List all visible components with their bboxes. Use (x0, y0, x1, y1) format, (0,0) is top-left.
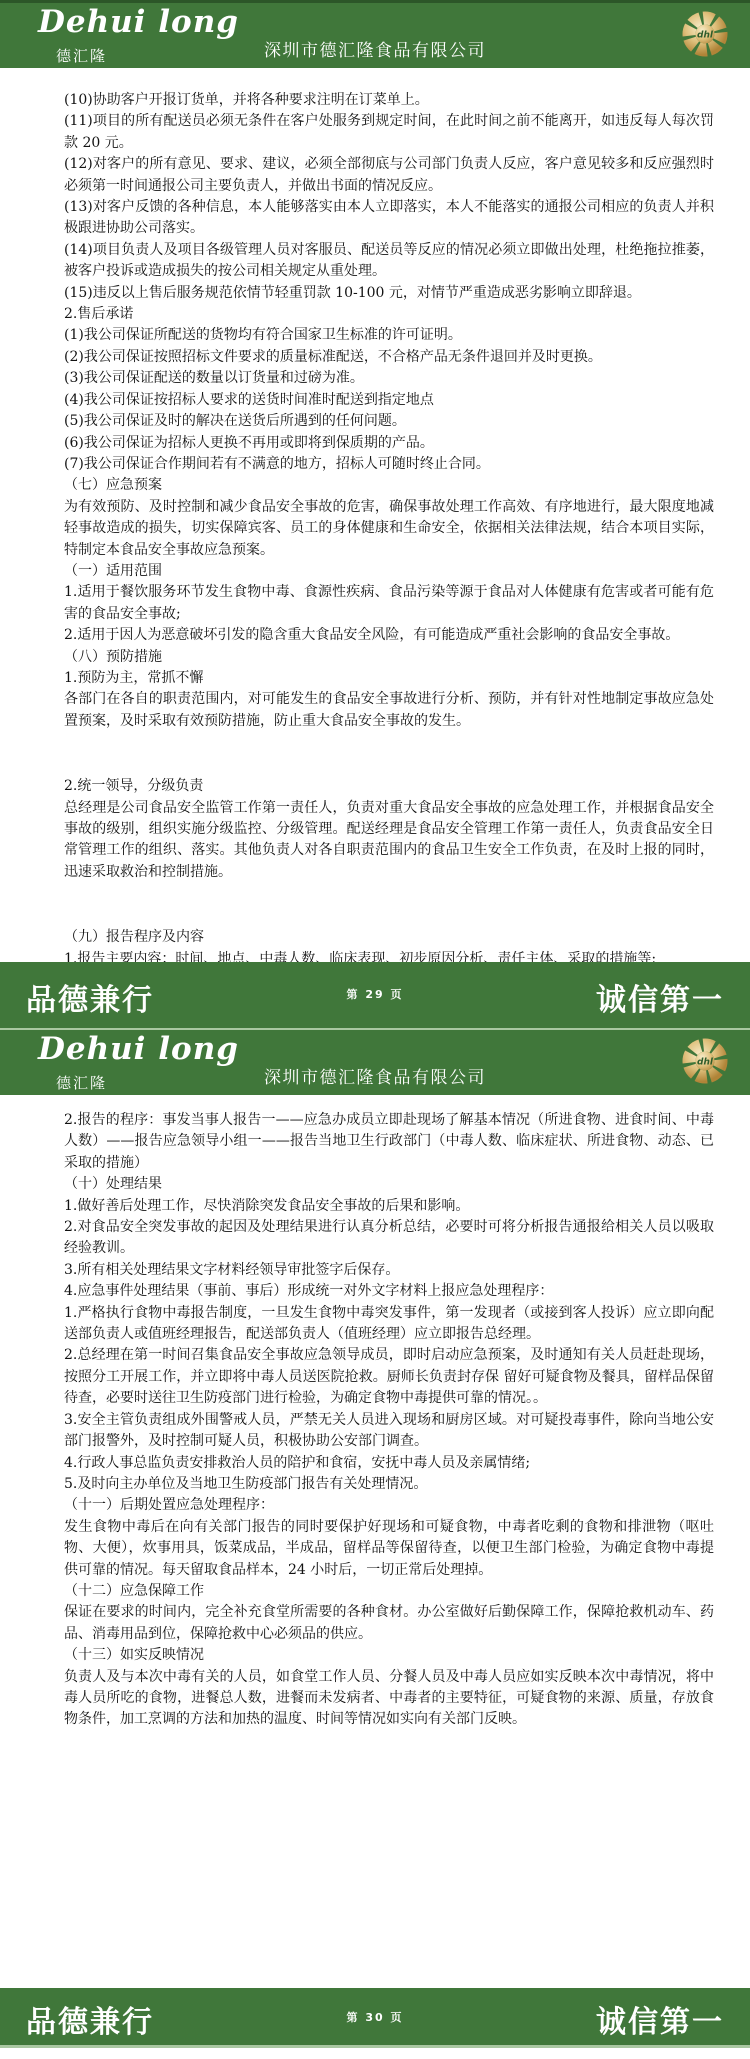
paragraph: （七）应急预案 (64, 475, 714, 496)
paragraph: （十二）应急保障工作 (64, 1581, 714, 1602)
paragraph: 3.安全主管负责组成外围警戒人员，严禁无关人员进入现场和厨房区域。对可疑投毒事件… (64, 1410, 714, 1453)
paragraph: 2.售后承诺 (64, 304, 714, 325)
paragraph: (12)对客户的所有意见、要求、建议，必须全部彻底与公司部门负责人反应，客户意见… (64, 154, 714, 197)
paragraph: (3)我公司保证配送的数量以订货量和过磅为准。 (64, 368, 714, 389)
paragraph: 发生食物中毒后在向有关部门报告的同时要保护好现场和可疑食物，中毒者吃剩的食物和排… (64, 1517, 714, 1581)
page-2-header: Dehui long 德汇隆 深圳市德汇隆食品有限公司 dhl (0, 1028, 750, 1095)
paragraph: （八）预防措施 (64, 647, 714, 668)
paragraph: 负责人及与本次中毒有关的人员，如食堂工作人员、分餐人员及中毒人员应如实反映本次中… (64, 1667, 714, 1731)
company-name: 深圳市德汇隆食品有限公司 (0, 36, 750, 61)
paragraph: (5)我公司保证及时的解决在送货后所遇到的任何问题。 (64, 411, 714, 432)
paragraph: 各部门在各自的职责范围内，对可能发生的食品安全事故进行分析、预防，并有针对性地制… (64, 689, 714, 732)
paragraph: 保证在要求的时间内，完全补充食堂所需要的各种食材。办公室做好后勤保障工作，保障抢… (64, 1602, 714, 1645)
dhl-badge-icon: dhl (682, 1038, 728, 1084)
page-1-body: (10)协助客户开报订货单，并将各种要求注明在订菜单上。(11)项目的所有配送员… (0, 68, 750, 962)
paragraph: (13)对客户反馈的各种信息，本人能够落实由本人立即落实，本人不能落实的通报公司… (64, 197, 714, 240)
company-name: 深圳市德汇隆食品有限公司 (0, 1063, 750, 1088)
paragraph: 总经理是公司食品安全监管工作第一责任人，负责对重大食品安全事故的应急处理工作，并… (64, 798, 714, 884)
paragraph: (15)违反以上售后服务规范依情节轻重罚款 10-100 元，对情节严重造成恶劣… (64, 283, 714, 304)
paragraph: (1)我公司保证所配送的货物均有符合国家卫生标准的许可证明。 (64, 325, 714, 346)
paragraph: (7)我公司保证合作期间若有不满意的地方，招标人可随时终止合同。 (64, 454, 714, 475)
paragraph-gap (64, 732, 714, 776)
page-2: Dehui long 德汇隆 深圳市德汇隆食品有限公司 dhl 2.报告的程序：… (0, 1028, 750, 2048)
page-1-footer: 品德兼行 第 29 页 诚信第一 (0, 962, 750, 1028)
paragraph: （十）处理结果 (64, 1174, 714, 1195)
paragraph: 4.行政人事总监负责安排救治人员的陪护和食宿，安抚中毒人员及亲属情绪; (64, 1453, 714, 1474)
paragraph: 2.总经理在第一时间召集食品安全事故应急领导成员，即时启动应急预案，及时通知有关… (64, 1345, 714, 1409)
page-number-30: 第 30 页 (0, 2009, 750, 2025)
paragraph: 2.统一领导，分级负责 (64, 776, 714, 797)
paragraph: 4.应急事件处理结果（事前、事后）形成统一对外文字材料上报应急处理程序： (64, 1281, 714, 1302)
paragraph: (4)我公司保证按招标人要求的送货时间准时配送到指定地点 (64, 390, 714, 411)
badge-text: dhl (697, 1058, 714, 1068)
paragraph: 1.严格执行食物中毒报告制度，一旦发生食物中毒突发事件，第一发现者（或接到客人投… (64, 1303, 714, 1346)
paragraph: 1.报告主要内容：时间、地点、中毒人数、临床表现、初步原因分析、责任主体、采取的… (64, 949, 714, 962)
paragraph: 2.报告的程序：事发当事人报告一——应急办成员立即赴现场了解基本情况（所进食物、… (64, 1110, 714, 1174)
brand-script-logo: Dehui long (38, 1031, 239, 1067)
paragraph: 1.适用于餐饮服务环节发生食物中毒、食源性疾病、食品污染等源于食品对人体健康有危… (64, 582, 714, 625)
paragraph: （十三）如实反映情况 (64, 1645, 714, 1666)
paragraph: （九）报告程序及内容 (64, 927, 714, 948)
paragraph-gap (64, 883, 714, 927)
brand-script-logo: Dehui long (38, 4, 239, 40)
paragraph: 3.所有相关处理结果文字材料经领导审批签字后保存。 (64, 1260, 714, 1281)
paragraph: （十一）后期处置应急处理程序： (64, 1495, 714, 1516)
paragraph: 5.及时向主办单位及当地卫生防疫部门报告有关处理情况。 (64, 1474, 714, 1495)
page-number-29: 第 29 页 (0, 986, 750, 1002)
paragraph: 为有效预防、及时控制和减少食品安全事故的危害，确保事故处理工作高效、有序地进行，… (64, 497, 714, 561)
paragraph: (14)项目负责人及项目各级管理人员对客服员、配送员等反应的情况必须立即做出处理… (64, 240, 714, 283)
dhl-badge-icon: dhl (682, 11, 728, 57)
page-2-footer: 品德兼行 第 30 页 诚信第一 (0, 1988, 750, 2048)
paragraph: (10)协助客户开报订货单，并将各种要求注明在订菜单上。 (64, 90, 714, 111)
paragraph: (2)我公司保证按照招标文件要求的质量标准配送，不合格产品无条件退回并及时更换。 (64, 347, 714, 368)
page-2-body: 2.报告的程序：事发当事人报告一——应急办成员立即赴现场了解基本情况（所进食物、… (0, 1095, 750, 1988)
page-1: Dehui long 德汇隆 深圳市德汇隆食品有限公司 dhl (10)协助客户… (0, 0, 750, 1028)
paragraph: 2.对食品安全突发事故的起因及处理结果进行认真分析总结，必要时可将分析报告通报给… (64, 1217, 714, 1260)
paragraph: 1.预防为主，常抓不懈 (64, 668, 714, 689)
page-1-header: Dehui long 德汇隆 深圳市德汇隆食品有限公司 dhl (0, 0, 750, 68)
paragraph: (11)项目的所有配送员必须无条件在客户处服务到规定时间，在此时间之前不能离开，… (64, 111, 714, 154)
paragraph: (6)我公司保证为招标人更换不再用或即将到保质期的产品。 (64, 433, 714, 454)
paragraph: 1.做好善后处理工作，尽快消除突发食品安全事故的后果和影响。 (64, 1196, 714, 1217)
paragraph: （一）适用范围 (64, 561, 714, 582)
paragraph: 2.适用于因人为恶意破坏引发的隐含重大食品安全风险，有可能造成严重社会影响的食品… (64, 625, 714, 646)
badge-text: dhl (697, 31, 714, 41)
